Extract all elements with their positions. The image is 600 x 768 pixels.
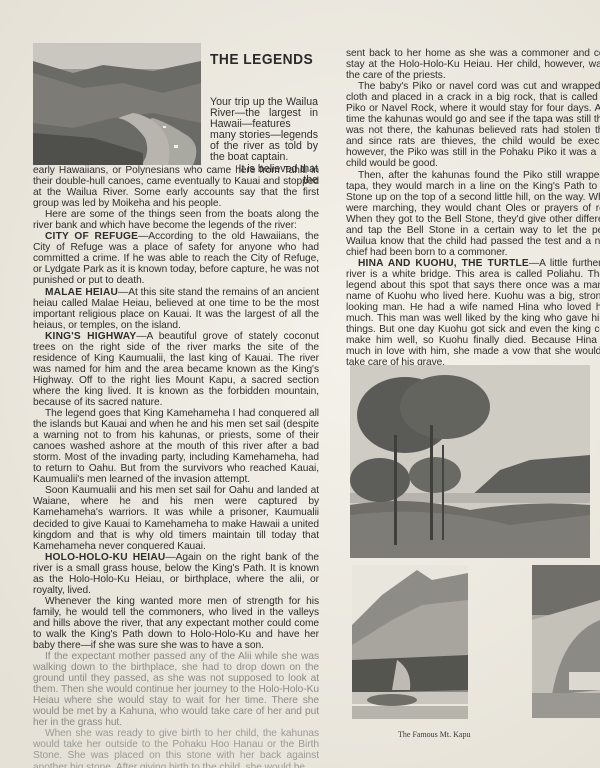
stone-photo (532, 565, 600, 718)
section-heading: HINA AND KUOHU, THE TURTLE (358, 258, 529, 269)
paragraph-text: Then, after the kahunas found the Piko s… (346, 170, 600, 258)
palms-photo (350, 365, 590, 558)
paragraph-text: The baby's Piko or navel cord was cut an… (346, 81, 600, 169)
paragraph-text: sent back to her home as she was a commo… (346, 48, 600, 81)
right-column: sent back to her home as she was a commo… (346, 48, 600, 368)
article-paragraph: The baby's Piko or navel cord was cut an… (346, 81, 600, 169)
article-paragraph: Then, after the kahunas found the Piko s… (346, 170, 600, 258)
paragraph-text: —A little further up the river is a whit… (346, 258, 600, 368)
article-paragraph: sent back to her home as she was a commo… (346, 48, 600, 81)
mt-kapu-caption: The Famous Mt. Kapu (398, 730, 470, 739)
mt-kapu-photo (352, 565, 468, 719)
article-paragraph: HINA AND KUOHU, THE TURTLE—A little furt… (346, 258, 600, 368)
